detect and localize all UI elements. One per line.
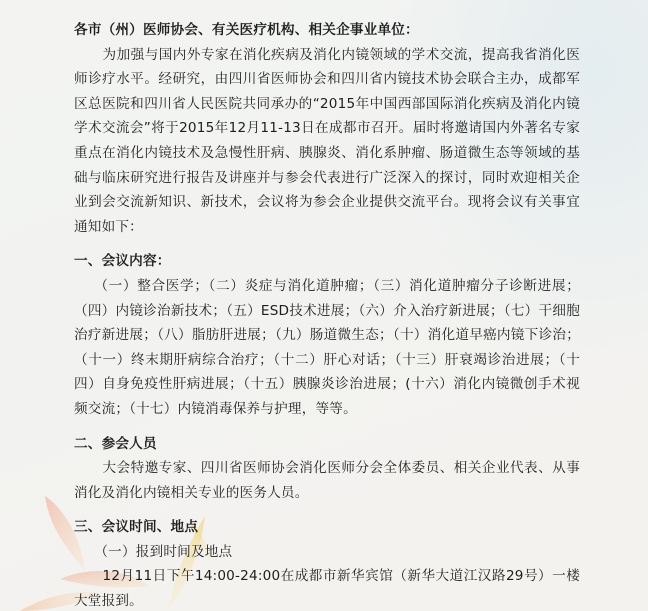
section-heading-content: 一、会议内容： [74,249,580,274]
salutation: 各市（州）医师协会、有关医疗机构、相关企事业单位： [74,18,580,43]
intro-paragraph: 为加强与国内外专家在消化疾病及消化内镜领域的学术交流，提高我省消化医师诊疗水平。… [74,43,580,240]
section-content-topics: （一）整合医学；（二）炎症与消化道肿瘤；（三）消化道肿瘤分子诊断进展；（四）内镜… [74,274,580,422]
section-attendees-paragraph: 大会特邀专家、四川省医师协会消化医师分会全体委员、相关企业代表、从事消化及消化内… [74,456,580,505]
section-heading-time-place: 三、会议时间、地点 [74,515,580,540]
registration-paragraph: 12月11日下午14:00-24:00在成都市新华宾馆（新华大道江汉路29号）一… [74,564,580,611]
notice-document: 各市（州）医师协会、有关医疗机构、相关企事业单位： 为加强与国内外专家在消化疾病… [74,18,580,611]
section-heading-attendees: 二、参会人员 [74,432,580,457]
subheading-registration: （一）报到时间及地点 [74,540,580,565]
